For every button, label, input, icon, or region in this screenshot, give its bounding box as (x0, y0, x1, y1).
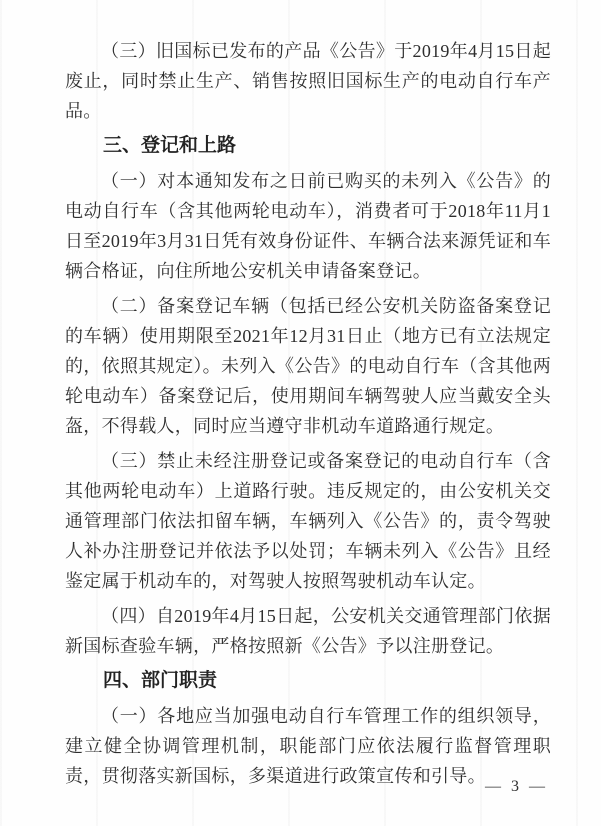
paragraph-usage-period-rules: （二）备案登记车辆（包括已经公安机关防盗备案登记的车辆）使用期限至2021年12… (65, 291, 551, 441)
paragraph-new-standard-inspection: （四）自2019年4月15日起，公安机关交通管理部门依据新国标查验车辆，严格按照… (65, 601, 551, 661)
document-page: （三）旧国标已发布的产品《公告》于2019年4月15日起废止，同时禁止生产、销售… (0, 0, 601, 826)
page-number: — 3 — (485, 778, 548, 796)
paragraph-old-standard-repeal: （三）旧国标已发布的产品《公告》于2019年4月15日起废止，同时禁止生产、销售… (65, 36, 551, 126)
section-heading-department-duties: 四、部门职责 (65, 666, 551, 696)
paragraph-filing-registration: （一）对本通知发布之日前已购买的未列入《公告》的电动自行车（含其他两轮电动车），… (65, 166, 551, 286)
document-body: （三）旧国标已发布的产品《公告》于2019年4月15日起废止，同时禁止生产、销售… (65, 36, 551, 791)
paragraph-organizational-leadership: （一）各地应当加强电动自行车管理工作的组织领导，建立健全协调管理机制，职能部门应… (65, 701, 551, 791)
paragraph-unregistered-vehicle-ban: （三）禁止未经注册登记或备案登记的电动自行车（含其他两轮电动车）上道路行驶。违反… (65, 446, 551, 596)
section-heading-registration-and-road-use: 三、登记和上路 (65, 131, 551, 161)
